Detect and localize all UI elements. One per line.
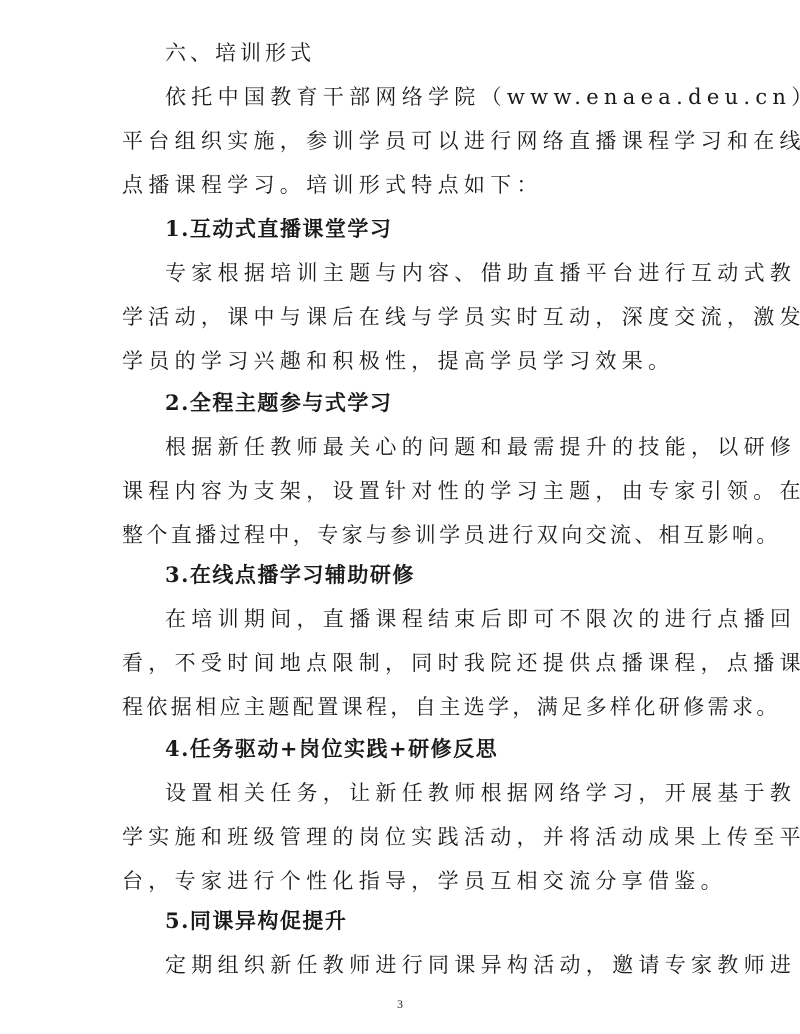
item-2-heading: 2.全程主题参与式学习: [165, 388, 678, 418]
item-4-heading: 4.任务驱动+岗位实践+研修反思: [165, 734, 678, 764]
item-5-line-1: 定期组织新任教师进行同课异构活动，邀请专家教师进: [165, 950, 678, 980]
item-1-line-2: 学活动，课中与课后在线与学员实时互动，深度交流，激发: [122, 302, 678, 332]
item-2-line-1: 根据新任教师最关心的问题和最需提升的技能，以研修: [165, 432, 678, 462]
item-2-line-2: 课程内容为支架，设置针对性的学习主题，由专家引领。在: [122, 476, 678, 506]
intro-line-2: 平台组织实施，参训学员可以进行网络直播课程学习和在线: [122, 126, 678, 156]
item-1-heading: 1.互动式直播课堂学习: [165, 214, 678, 244]
item-2-line-3: 整个直播过程中，专家与参训学员进行双向交流、相互影响。: [122, 520, 678, 550]
item-3-line-3: 程依据相应主题配置课程，自主选学，满足多样化研修需求。: [122, 692, 678, 722]
item-1-line-3: 学员的学习兴趣和积极性，提高学员学习效果。: [122, 346, 678, 376]
intro-line-1: 依托中国教育干部网络学院（www.enaea.deu.cn）培训: [165, 82, 678, 112]
section-title: 六、培训形式: [165, 38, 678, 68]
item-4-line-2: 学实施和班级管理的岗位实践活动，并将活动成果上传至平: [122, 822, 678, 852]
document-page: 六、培训形式 依托中国教育干部网络学院（www.enaea.deu.cn）培训 …: [0, 0, 800, 1034]
item-3-line-1: 在培训期间，直播课程结束后即可不限次的进行点播回: [165, 604, 678, 634]
item-4-line-3: 台，专家进行个性化指导，学员互相交流分享借鉴。: [122, 866, 678, 896]
item-1-line-1: 专家根据培训主题与内容、借助直播平台进行互动式教: [165, 258, 678, 288]
intro-line-3: 点播课程学习。培训形式特点如下：: [122, 170, 678, 200]
item-4-line-1: 设置相关任务，让新任教师根据网络学习，开展基于教: [165, 778, 678, 808]
item-5-heading: 5.同课异构促提升: [165, 906, 678, 936]
item-3-heading: 3.在线点播学习辅助研修: [165, 560, 678, 590]
item-3-line-2: 看，不受时间地点限制，同时我院还提供点播课程，点播课: [122, 648, 678, 678]
page-number: 3: [0, 997, 800, 1012]
